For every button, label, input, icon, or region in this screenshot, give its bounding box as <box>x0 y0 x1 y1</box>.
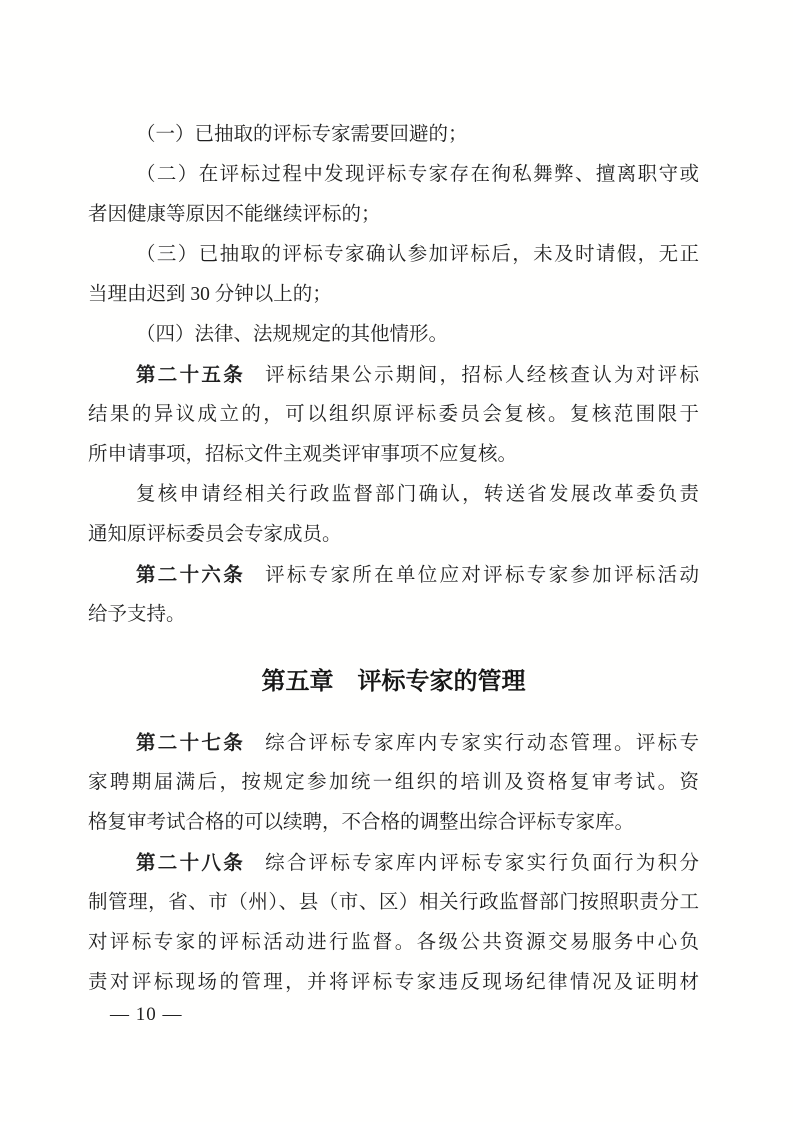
paragraph: 第二十六条评标专家所在单位应对评标专家参加评标活动 给予支持。 <box>88 555 699 635</box>
article-number: 第二十五条 <box>136 364 245 386</box>
text-line: 第二十七条综合评标专家库内专家实行动态管理。评标专 <box>88 723 699 763</box>
chapter-title: 评标专家的管理 <box>358 668 526 695</box>
text-line: 第二十八条综合评标专家库内评标专家实行负面行为积分 <box>88 843 699 883</box>
paragraph: 第二十五条评标结果公示期间，招标人经核查认为对评标 结果的异议成立的，可以组织原… <box>88 355 699 475</box>
page-number: — 10 — <box>110 1004 183 1025</box>
document-body: （一）已抽取的评标专家需要回避的； （二）在评标过程中发现评标专家存在徇私舞弊、… <box>88 115 699 1003</box>
text-line: 者因健康等原因不能继续评标的； <box>88 195 699 235</box>
text-line: 对评标专家的评标活动进行监督。各级公共资源交易服务中心负 <box>88 923 699 963</box>
page-footer: — 10 — <box>110 1001 183 1029</box>
paragraph: （三）已抽取的评标专家确认参加评标后，未及时请假，无正 当理由迟到 30 分钟以… <box>88 235 699 315</box>
text-line: 复核申请经相关行政监督部门确认，转送省发展改革委负责 <box>88 475 699 515</box>
document-page: （一）已抽取的评标专家需要回避的； （二）在评标过程中发现评标专家存在徇私舞弊、… <box>0 0 793 1122</box>
text-line: （三）已抽取的评标专家确认参加评标后，未及时请假，无正 <box>88 235 699 275</box>
line-text: 评标专家所在单位应对评标专家参加评标活动 <box>265 565 699 586</box>
text-line: 通知原评标委员会专家成员。 <box>88 515 699 555</box>
line-text: 综合评标专家库内专家实行动态管理。评标专 <box>265 733 699 754</box>
text-line: 责对评标现场的管理，并将评标专家违反现场纪律情况及证明材 <box>88 963 699 1003</box>
chapter-heading: 第五章评标专家的管理 <box>88 659 699 705</box>
paragraph: 复核申请经相关行政监督部门确认，转送省发展改革委负责 通知原评标委员会专家成员。 <box>88 475 699 555</box>
paragraph: 第二十七条综合评标专家库内专家实行动态管理。评标专 家聘期届满后，按规定参加统一… <box>88 723 699 843</box>
text-line: （四）法律、法规规定的其他情形。 <box>88 315 699 355</box>
text-line: 结果的异议成立的，可以组织原评标委员会复核。复核范围限于 <box>88 395 699 435</box>
article-number: 第二十六条 <box>136 564 245 586</box>
paragraph: （四）法律、法规规定的其他情形。 <box>88 315 699 355</box>
paragraph: 第二十八条综合评标专家库内评标专家实行负面行为积分 制管理，省、市（州）、县（市… <box>88 843 699 1003</box>
chapter-number: 第五章 <box>262 668 334 695</box>
text-line: 第二十六条评标专家所在单位应对评标专家参加评标活动 <box>88 555 699 595</box>
text-line: 所申请事项，招标文件主观类评审事项不应复核。 <box>88 435 699 475</box>
text-line: 给予支持。 <box>88 595 699 635</box>
article-number: 第二十七条 <box>136 732 245 754</box>
text-line: （一）已抽取的评标专家需要回避的； <box>88 115 699 155</box>
text-line: 格复审考试合格的可以续聘，不合格的调整出综合评标专家库。 <box>88 803 699 843</box>
text-line: 制管理，省、市（州）、县（市、区）相关行政监督部门按照职责分工 <box>88 883 699 923</box>
text-line: 家聘期届满后，按规定参加统一组织的培训及资格复审考试。资 <box>88 763 699 803</box>
text-line: 第二十五条评标结果公示期间，招标人经核查认为对评标 <box>88 355 699 395</box>
text-line: （二）在评标过程中发现评标专家存在徇私舞弊、擅离职守或 <box>88 155 699 195</box>
text-line: 当理由迟到 30 分钟以上的； <box>88 275 699 315</box>
paragraph: （二）在评标过程中发现评标专家存在徇私舞弊、擅离职守或 者因健康等原因不能继续评… <box>88 155 699 235</box>
line-text: 评标结果公示期间，招标人经核查认为对评标 <box>265 365 699 386</box>
line-text: 综合评标专家库内评标专家实行负面行为积分 <box>265 853 699 874</box>
article-number: 第二十八条 <box>136 852 245 874</box>
paragraph: （一）已抽取的评标专家需要回避的； <box>88 115 699 155</box>
